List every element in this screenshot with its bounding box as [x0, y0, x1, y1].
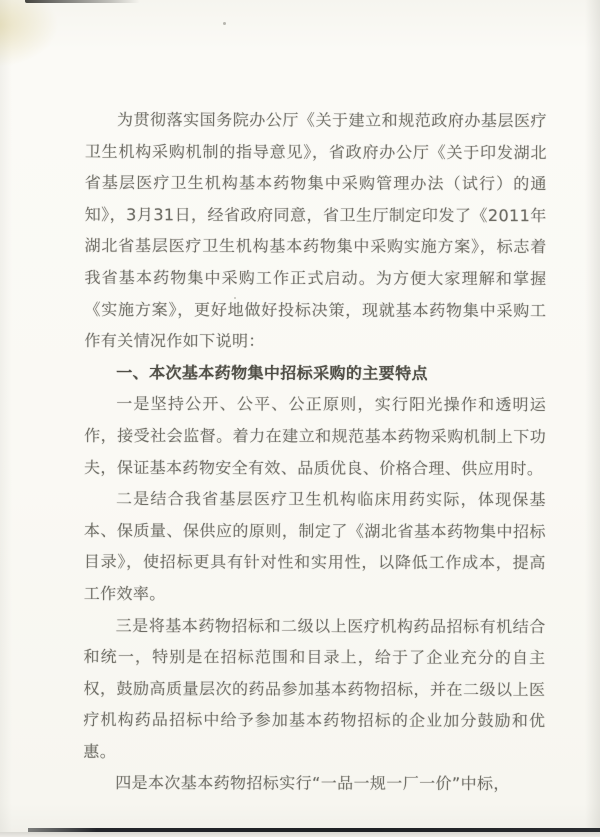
scanned-document-page: 为贯彻落实国务院办公厅《关于建立和规范政府办基层医疗卫生机构采购机制的指导意见》…: [0, 0, 600, 837]
scan-artifact-top-edge: [25, 0, 140, 3]
paragraph-intro: 为贯彻落实国务院办公厅《关于建立和规范政府办基层医疗卫生机构采购机制的指导意见》…: [84, 104, 547, 358]
document-body: 为贯彻落实国务院办公厅《关于建立和规范政府办基层医疗卫生机构采购机制的指导意见》…: [83, 104, 547, 800]
paragraph-point-4: 四是本次基本药物招标实行“一品一规一厂一价”中标，: [83, 767, 545, 800]
scan-speck: [223, 22, 226, 25]
section-heading: 一、本次基本药物集中招标采购的主要特点: [84, 357, 546, 390]
scan-artifact-bottom-strip: [0, 832, 600, 837]
paragraph-point-3: 三是将基本药物招标和二级以上医疗机构药品招标有机结合和统一，特别是在招标范围和目…: [83, 609, 545, 768]
paragraph-point-2: 二是结合我省基层医疗卫生机构临床用药实际，体现保基本、保质量、保供应的原则，制定…: [84, 483, 546, 611]
paragraph-point-1: 一是坚持公开、公平、公正原则，实行阳光操作和透明运作，接受社会监督。着力在建立和…: [84, 388, 546, 484]
